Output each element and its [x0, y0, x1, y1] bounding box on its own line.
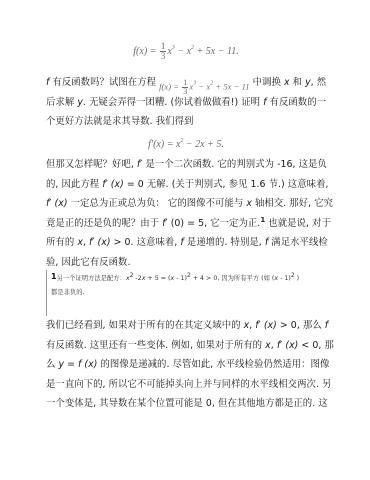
p3-line-3: 么 y = f (x) 的图像是递减的. 尽管如此, 水平线检验仍然适用：图像 [46, 355, 328, 375]
footnote-line-2: 都是非负的. [51, 286, 331, 300]
p2-line-4: 竟是正的还是负的呢？由于 f′ (0) = 5, 它一定为正.1 也就是说, 对… [46, 214, 328, 234]
text: = 0 无解. (关于判别式, 参见 1.6 节.) 这意味着, [124, 179, 329, 190]
text: 有反函数吗？试图在方程 [49, 77, 159, 88]
p2-line-3: f′ (x) 一定总为正或总为负： 它的图像不可能与 x 轴相交. 那好, 它究 [46, 194, 328, 214]
eq2-tail: − 2x + 5. [183, 139, 223, 150]
text: 中调换 [250, 77, 284, 88]
text: 的图像是递减的. 尽管如此, 水平线检验仍然适用：图像 [97, 359, 329, 370]
p2-line-2: 的, 因此方程 f′ (x) = 0 无解. (关于判别式, 参见 1.6 节.… [46, 175, 328, 195]
m-tail: + 5x − 11 [213, 81, 249, 91]
text: 轴相交. 那好, 它究 [252, 198, 333, 209]
var-f-x: f (x) [78, 359, 97, 370]
paragraph-2: 但那又怎样呢？好吧, f′ 是一个二次函数. 它的判别式为 -16, 这是负 的… [46, 155, 328, 272]
text: < 0, 那 [298, 340, 333, 351]
var-f: f [325, 320, 328, 331]
footnote-line-1: 1另一个证明方法是配方：x2 -2x + 5 = (x - 1)2 + 4 > … [51, 270, 331, 286]
text: > 0. 这意味着, [111, 237, 181, 248]
text: 是一个二次函数. 它的判别式为 -16, 这是负 [142, 159, 326, 170]
equation-f: f(x) = 13x3 − x2 + 5x − 11. [46, 42, 326, 61]
text: - 1) [278, 275, 291, 282]
footnote: 1另一个证明方法是配方：x2 -2x + 5 = (x - 1)2 + 4 > … [46, 270, 331, 316]
var-fprime-x: f′ (x) [46, 198, 68, 209]
text: 一定总为正或总为负： 它的图像不可能与 [68, 198, 247, 209]
p3-line-5: 一个变体是, 其导数在某个位置可能是 0, 但在其他地方都是正的. 这 [46, 394, 328, 414]
var-fprime-x: f′ (x) [277, 340, 299, 351]
var-fprime-x: f′ (x) [102, 179, 124, 190]
p2-line-1: 但那又怎样呢？好吧, f′ 是一个二次函数. 它的判别式为 -16, 这是负 [46, 155, 328, 175]
eq1-mid: − x [175, 46, 191, 57]
text: > 0, 那么 [277, 320, 325, 331]
text: 另一个证明方法是配方： [57, 275, 126, 282]
eq1-lhs: f(x) = [133, 46, 156, 57]
text: + 4 > 0, 因为所有平方 (如 ( [191, 275, 275, 282]
text: 也就是说, 对于 [265, 218, 331, 229]
p3-line-1: 我们已经看到, 如果对于所有的在其定义域中的 x, f′ (x) > 0, 那么… [46, 316, 328, 336]
text: = [64, 359, 78, 370]
p3-line-2: 有反函数. 这里还有一些变体. 例如, 如果对于所有的 x, f′ (x) < … [46, 336, 328, 356]
equation-derivative: f′(x) = x2 − 2x + 5. [46, 139, 326, 150]
text: 满足水平线检 [268, 237, 328, 248]
text: 是递增的. 特别是, [184, 237, 265, 248]
text: . 无疑会弄得一团糟. (你试着做做看!) 证明 [83, 97, 263, 108]
var-fprime-x: f′ (x) [89, 237, 111, 248]
frac-den: 3 [160, 52, 167, 61]
text: + 5 = ( [145, 275, 170, 282]
text: 竟是正的还是负的呢？由于 [46, 218, 162, 229]
text: (0) = 5, 它一定为正. [168, 218, 261, 229]
text: 有反函数. 这里还有一些变体. 例如, 如果对于所有的 [46, 340, 265, 351]
p3-line-4: 是一直向下的, 所以它不可能掉头向上并与同样的水平线相交两次. 另 [46, 375, 328, 395]
text: - 1) [174, 275, 187, 282]
p1-line-3: 个更好方法就是求其导数. 我们得到 [46, 112, 328, 132]
p1-line-1: f 有反函数吗？试图在方程 f(x) = 13x3 − x2 + 5x − 11… [46, 73, 328, 93]
m-mid: − x [196, 81, 210, 91]
p1-line-2: 后求解 y. 无疑会弄得一团糟. (你试着做做看!) 证明 f 有反函数的一 [46, 93, 328, 113]
eq2-lhs: f′(x) = x [148, 139, 180, 150]
paragraph-3: 我们已经看到, 如果对于所有的在其定义域中的 x, f′ (x) > 0, 那么… [46, 316, 328, 414]
fraction-one-third: 13 [160, 42, 167, 61]
eq1-tail: + 5x − 11. [194, 46, 239, 57]
text: 和 [290, 77, 306, 88]
text: -2 [133, 275, 141, 282]
text: 的, 因此方程 [46, 179, 102, 190]
text: , 然 [311, 77, 327, 88]
text: 后求解 [46, 97, 77, 108]
text: 我们已经看到, 如果对于所有的在其定义域中的 [46, 320, 244, 331]
text: 有反函数的一 [267, 97, 327, 108]
var-fprime-x: f′ (x) [255, 320, 277, 331]
m-lhs: f(x) = [159, 81, 181, 91]
p2-line-5: 所有的 x, f′ (x) > 0. 这意味着, f 是递增的. 特别是, f … [46, 233, 328, 253]
text: 所有的 [46, 237, 77, 248]
text: 但那又怎样呢？好吧, [46, 159, 137, 170]
text: 么 [46, 359, 58, 370]
paragraph-1: f 有反函数吗？试图在方程 f(x) = 13x3 − x2 + 5x − 11… [46, 73, 328, 132]
text: ) [295, 275, 299, 282]
